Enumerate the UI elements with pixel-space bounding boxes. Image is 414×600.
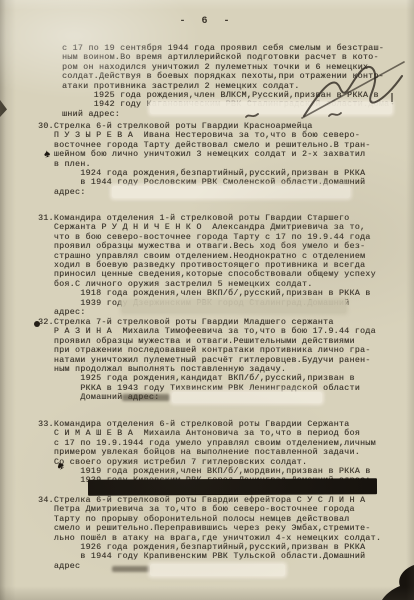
- ink-dash-mark: [390, 93, 394, 103]
- entry-34: 34.Стрелка 6-й стрелковой роты Гвардии е…: [38, 496, 381, 571]
- ink-tick-mark: [245, 112, 259, 120]
- entry-text: 34.Стрелка 6-й стрелковой роты Гвардии е…: [38, 496, 381, 571]
- spade-ink-blot: ♠: [43, 150, 51, 162]
- redaction-bar-address-33: [88, 478, 377, 496]
- document-page: - 6 - с 17 по 19 сентября 1944 года проя…: [0, 0, 414, 600]
- redaction-box-address-34: [150, 564, 285, 576]
- ink-tick-mark: [328, 110, 342, 119]
- handwritten-signature: [300, 58, 412, 120]
- ink-smudge-address-34: [112, 566, 152, 572]
- edge-wedge-mark: [0, 100, 7, 117]
- page-number: - 6 -: [0, 16, 414, 27]
- corner-blob: [374, 555, 414, 600]
- entry-32: 32.Стрелка 7-й стрелковой роты Гвардии М…: [38, 318, 376, 403]
- redaction-box-address-32: [172, 392, 322, 403]
- entry-text: 33.Командира отделения 6-й стрелковой ро…: [38, 420, 376, 486]
- ink-smudge-address-32: [122, 394, 170, 401]
- entry-text: 32.Стрелка 7-й стрелковой роты Гвардии М…: [38, 318, 376, 403]
- entry-33: 33.Командира отделения 6-й стрелковой ро…: [38, 420, 376, 486]
- redaction-box-address-30: [112, 186, 350, 198]
- redaction-box-address-31: [122, 300, 346, 313]
- ink-dot: [34, 321, 40, 327]
